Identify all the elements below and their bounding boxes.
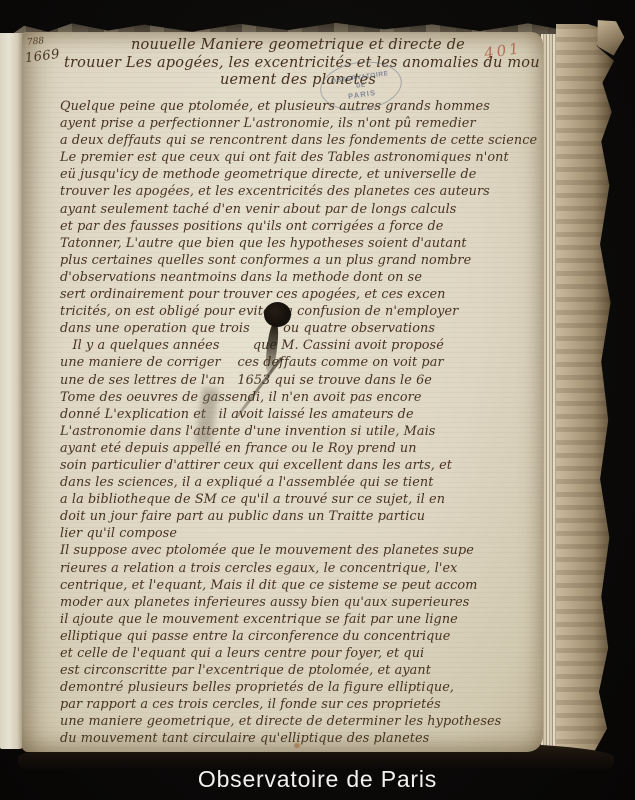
manuscript-line: Le premier est que ceux qui ont fait des… [60, 149, 546, 166]
manuscript-line: rieures a relation a trois cercles egaux… [60, 560, 546, 577]
manuscript-line: Il y a quelques années que M. Cassini av… [60, 337, 546, 354]
manuscript-line: elliptique qui passe entre la circonfere… [60, 628, 546, 645]
manuscript-title: nouuelle Maniere geometrique et directe … [64, 37, 532, 90]
manuscript-line: il ajoute que le mouvement excentrique s… [60, 611, 546, 628]
manuscript-line: doit un jour faire part au public dans u… [60, 508, 546, 525]
manuscript-line: du mouvement tant circulaire qu'elliptiq… [60, 730, 546, 747]
manuscript-line: a la bibliotheque de SM ce qu'il a trouv… [60, 491, 546, 508]
manuscript-title-line: nouuelle Maniere geometrique et directe … [64, 37, 532, 55]
manuscript-title-line: uement des planetes [64, 72, 532, 90]
manuscript-line: est circonscritte par l'excentrique de p… [60, 662, 546, 679]
manuscript-line: tricités, on est obligé pour eviter la c… [60, 303, 546, 320]
manuscript-line: par rapport a ces trois cercles, il fond… [60, 696, 546, 713]
ink-blot [264, 302, 291, 327]
manuscript-line: une maniere de corriger ces deffauts com… [60, 354, 546, 371]
manuscript-line: demontré plusieurs belles proprietés de … [60, 679, 546, 696]
caption-text: Observatoire de Paris [198, 766, 437, 792]
manuscript-line: ayent prise a perfectionner L'astronomie… [60, 115, 546, 132]
manuscript-line: trouver les apogées, et les excentricité… [60, 183, 546, 200]
manuscript-line: Il suppose avec ptolomée que le mouvemen… [60, 542, 546, 559]
paper-spot [294, 743, 300, 748]
manuscript-line: sert ordinairement pour trouver ces apog… [60, 286, 546, 303]
manuscript-line: une maniere geometrique, et directe de d… [60, 713, 546, 730]
manuscript-line: donné L'explication et il avoit laissé l… [60, 406, 546, 423]
manuscript-line: dans une operation que trois ou quatre o… [60, 320, 546, 337]
manuscript-line: soin particulier d'attirer ceux qui exce… [60, 457, 546, 474]
manuscript-line: Tatonner, L'autre que bien que les hypot… [60, 235, 546, 252]
manuscript-line: L'astronomie dans l'attente d'une invent… [60, 423, 546, 440]
manuscript-line: a deux deffauts qui se rencontrent dans … [60, 132, 546, 149]
manuscript-line: une de ses lettres de l'an 1653 qui se t… [60, 372, 546, 389]
manuscript-title-line: trouuer Les apogées, les excentricités e… [64, 55, 532, 73]
manuscript-line: et par des fausses positions qu'ils ont … [60, 218, 546, 235]
margin-note-year: 1669 [24, 48, 61, 66]
manuscript-line: ayant eté depuis appellé en france ou le… [60, 440, 546, 457]
manuscript-line: lier qu'il compose [60, 525, 546, 542]
manuscript-line: ayant seulement taché d'en venir about p… [60, 201, 546, 218]
manuscript-line: plus certaines quelles sont conformes a … [60, 252, 546, 269]
manuscript-line: et celle de l'equant qui a leurs centre … [60, 645, 546, 662]
manuscript-line: Tome des oeuvres de gassendi, il n'en av… [60, 389, 546, 406]
manuscript-line: centrique, et l'equant, Mais il dit que … [60, 577, 546, 594]
margin-note: 788 [27, 36, 45, 48]
manuscript-line: dans les sciences, il a expliqué a l'ass… [60, 474, 546, 491]
manuscript-line: d'observations neantmoins dans la method… [60, 269, 546, 286]
book-fore-edge [556, 24, 614, 758]
caption-bar: Observatoire de Paris [0, 758, 635, 800]
manuscript-line: moder aux planetes inferieures aussy bie… [60, 594, 546, 611]
archive-photo-viewer: 788 1669 401 nouuelle Maniere geometriqu… [0, 0, 635, 800]
manuscript-page: 788 1669 401 nouuelle Maniere geometriqu… [22, 32, 543, 752]
manuscript-line: Quelque peine que ptolomée, et plusieurs… [60, 98, 546, 115]
manuscript-line: eü jusqu'icy de methode geometrique dire… [60, 166, 546, 183]
manuscript-body: Quelque peine que ptolomée, et plusieurs… [60, 98, 546, 748]
